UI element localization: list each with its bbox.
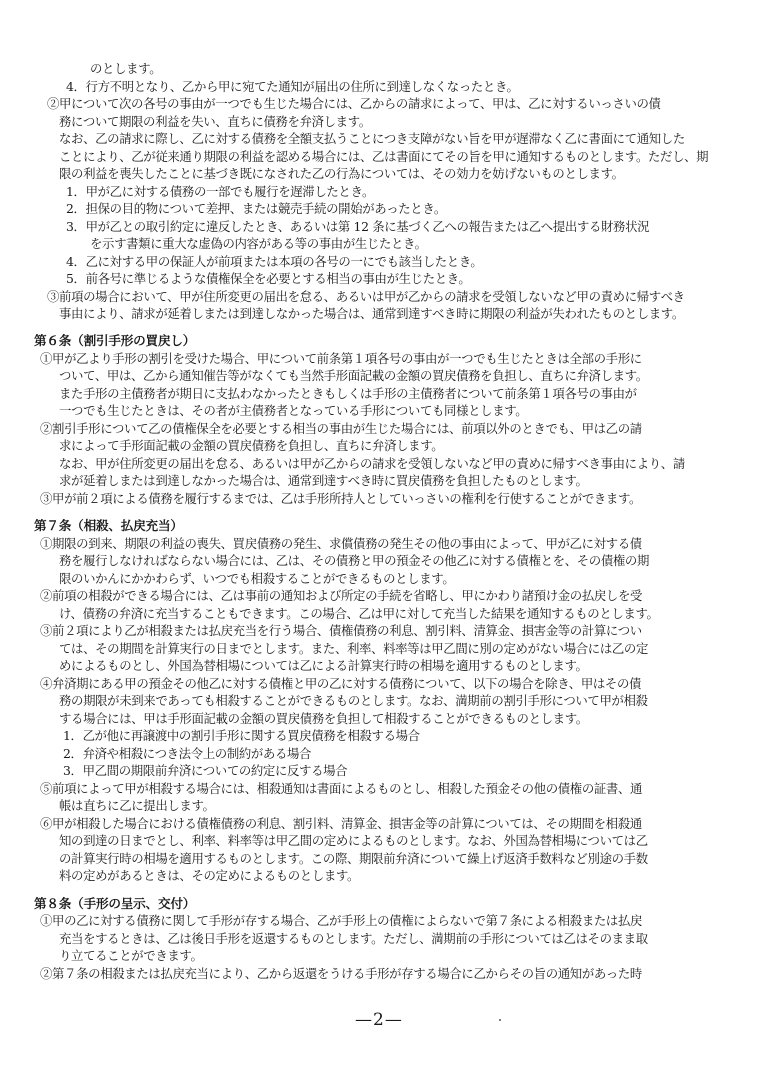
text-line: 求によって手形面記載の金額の買戻債務を負担し、直ちに弁済します。 xyxy=(59,438,443,454)
text-line: 1．甲が乙に対する債務の一部でも履行を遅滞したとき。 xyxy=(66,184,374,200)
text-line: ③前２項により乙が相殺または払戻充当を行う場合、債権債務の利息、割引料、清算金、… xyxy=(40,623,642,639)
text-line: ②前項の相殺ができる場合には、乙は事前の通知および所定の手続を省略し、甲にかわり… xyxy=(40,588,642,604)
text-line: ③甲が前２項による債務を履行するまでは、乙は手形所持人としていっさいの権利を行使… xyxy=(40,491,641,507)
text-line: を示す書類に重大な虚偽の内容がある等の事由が生じたとき。 xyxy=(90,236,427,252)
text-line: なお、乙の請求に際し、乙に対する債務を全額支払うことにつき支障がない旨を甲が遅滞… xyxy=(59,131,685,147)
text-line: 5．前各号に準じるような債権保全を必要とする相当の事由が生じたとき。 xyxy=(66,271,470,287)
text-line: ①甲が乙より手形の割引を受けた場合、甲について前条第１項各号の事由が一つでも生じ… xyxy=(40,351,642,367)
text-line: ②割引手形について乙の債権保全を必要とする相当の事由が生じた場合には、前項以外の… xyxy=(40,421,642,437)
page-number: —2— xyxy=(355,1010,403,1030)
article-heading: 第８条（手形の呈示、交付） xyxy=(34,896,195,912)
text-line: 3．甲が乙との取引約定に違反したとき、あるいは第 12 条に基づく乙への報告また… xyxy=(66,219,649,235)
text-line: 2．担保の目的物について差押、または競売手続の開始があったとき。 xyxy=(66,201,446,217)
text-line: け、債務の弁済に充当することもできます。この場合、乙は甲に対して充当した結果を通… xyxy=(59,606,659,622)
text-line: 充当をするときは、乙は後日手形を返還するものとします。ただし、満期前の手形につい… xyxy=(59,931,648,947)
text-line: ②甲について次の各号の事由が一つでも生じた場合には、乙からの請求によって、甲は、… xyxy=(47,96,661,112)
text-line: ことにより、乙が従来通り期限の利益を認める場合には、乙は書面にてその旨を甲に通知… xyxy=(59,149,708,165)
text-line: り立てることができます。 xyxy=(59,948,203,964)
text-line: 務の期限が未到来であっても相殺することができるものとします。なお、満期前の割引手… xyxy=(59,693,648,709)
text-line: ついて、甲は、乙から通知催告等がなくても当然手形面記載の金額の買戻債務を負担し、… xyxy=(59,368,648,384)
text-line: ③前項の場合において、甲が住所変更の届出を怠る、あるいは甲が乙からの請求を受領し… xyxy=(47,289,685,305)
text-line: 帳は直ちに乙に提出します。 xyxy=(59,798,215,814)
text-line: 2．弁済や相殺につき法令上の制約がある場合 xyxy=(63,746,311,762)
text-line: めによるものとし、外国為替相場については乙による計算実行時の相場を適用するものと… xyxy=(59,658,588,674)
article-heading: 第７条（相殺、払戻充当） xyxy=(34,518,183,534)
text-line: ⑥甲が相殺した場合における債権債務の利息、割引料、清算金、損害金等の計算について… xyxy=(40,816,642,832)
scan-speck xyxy=(499,1019,501,1021)
text-line: なお、甲が住所変更の届出を怠る、あるいは甲が乙からの請求を受領しないなど甲の責め… xyxy=(59,456,685,472)
text-line: 事由により、請求が延着しまたは到達しなかった場合は、通常到達すべき時に期限の利益… xyxy=(59,306,684,322)
text-line: の計算実行時の相場を適用するものとします。この際、期限前弁済について繰上げ返済手… xyxy=(59,851,648,867)
text-line: ①期限の到来、期限の利益の喪失、買戻債務の発生、求償債務の発生その他の事由によっ… xyxy=(40,536,642,552)
text-line: 務を履行しなければならない場合には、乙は、その債務と甲の預金その他乙に対する債権… xyxy=(59,553,649,569)
text-line: する場合には、甲は手形面記載の金額の買戻債務を負担して相殺することができるものと… xyxy=(59,711,588,727)
text-line: 料の定めがあるときは、その定めによるものとします。 xyxy=(59,868,359,884)
text-line: 限のいかんにかかわらず、いつでも相殺することができるものとします。 xyxy=(59,571,454,587)
text-line: 知の到達の日までとし、利率、料率等は甲乙間の定めによるものとします。なお、外国為… xyxy=(59,833,648,849)
text-line: 務について期限の利益を失い、直ちに債務を弁済します。 xyxy=(59,114,371,130)
text-line: 求が延着しまたは到達しなかった場合は、通常到達すべき時に買戻債務を負担したものと… xyxy=(59,473,588,489)
text-line: のとします。 xyxy=(90,61,161,77)
document-page: のとします。4．行方不明となり、乙から甲に宛てた通知が届出の住所に到達しなくなっ… xyxy=(0,0,778,1075)
text-line: ては、その期間を計算実行の日までとします。また、利率、料率等は甲乙間に別の定めが… xyxy=(59,641,648,657)
text-line: ②第７条の相殺または払戻充当により、乙から返還をうける手形が存する場合に乙からそ… xyxy=(40,966,642,982)
text-line: 一つでも生じたときは、その者が主債務者となっている手形についても同様とします。 xyxy=(59,403,527,419)
text-line: 3．甲乙間の期限前弁済についての約定に反する場合 xyxy=(63,763,347,779)
article-heading: 第６条（割引手形の買戻し） xyxy=(34,333,195,349)
text-line: ⑤前項によって甲が相殺する場合には、相殺通知は書面によるものとし、相殺した預金そ… xyxy=(40,781,642,797)
text-line: 限の利益を喪失したことに基づき既になされた乙の行為については、その効力を妨げない… xyxy=(59,166,624,182)
text-line: ①甲の乙に対する債務に関して手形が存する場合、乙が手形上の債権によらないで第７条… xyxy=(40,913,642,929)
text-line: ④弁済期にある甲の預金その他乙に対する債権と甲の乙に対する債務について、以下の場… xyxy=(40,676,641,692)
text-line: 4．行方不明となり、乙から甲に宛てた通知が届出の住所に到達しなくなったとき。 xyxy=(66,79,519,95)
text-line: 1．乙が他に再譲渡中の割引手形に関する買戻債務を相殺する場合 xyxy=(63,728,420,744)
text-line: また手形の主債務者が期日に支払わなかったときもしくは手形の主債務者について前条第… xyxy=(59,386,637,402)
text-line: 4．乙に対する甲の保証人が前項または本項の各号の一にでも該当したとき。 xyxy=(66,254,482,270)
